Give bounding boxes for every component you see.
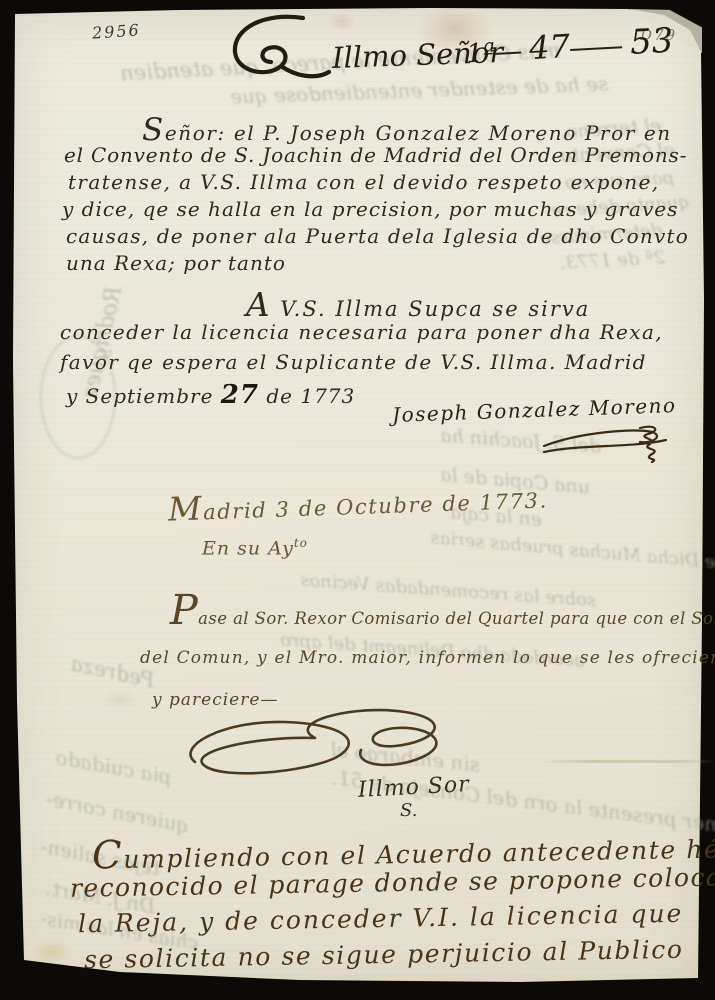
request-line: favor qe espera el Suplicante de V.S. Il… — [60, 350, 647, 374]
dash — [570, 46, 622, 51]
paper-crease — [538, 760, 715, 763]
signature-rubric — [540, 418, 670, 466]
request-line: A V.S. Illma Supca se sirva — [246, 286, 590, 324]
date-year: de 1773 — [259, 384, 355, 408]
file-number: 47 — [528, 27, 571, 67]
dash — [495, 52, 521, 55]
council-prefix: En su Ay — [202, 537, 294, 559]
request-date-line: y Septiembre 27 de 1773 — [66, 380, 355, 410]
decree-council: En su Ayto — [202, 536, 308, 559]
request-line: conceder la licencia necesaria para pone… — [60, 320, 663, 344]
scanned-manuscript: mas Conveniente le parece, que atendien … — [0, 0, 715, 1000]
council-superscript: to — [294, 536, 308, 550]
decree-order-line: Pase al Sor. Rexor Comisario del Quartel… — [170, 600, 715, 628]
petition-line: tratense, a V.S. Illma con el devido res… — [68, 170, 660, 194]
file-number: 53 — [629, 21, 674, 63]
petition-line: el Convento de S. Joachin de Madrid del … — [64, 143, 687, 167]
folio-number: 1ª — [466, 38, 496, 69]
date-day: 27 — [221, 380, 259, 410]
petition-line: causas, de poner ala Puerta dela Iglesia… — [66, 224, 689, 248]
decree-order-line: del Comun, y el Mro. maior, informen lo … — [140, 648, 715, 668]
archive-number: 2956 — [91, 20, 141, 42]
petition-line: y dice, qe se halla en la precision, por… — [62, 197, 678, 221]
calligraphic-flourish — [225, 10, 335, 88]
address-abbrev: S. — [400, 800, 417, 821]
petition-line: una Rexa; por tanto — [66, 251, 286, 275]
date-prefix: y Septiembre — [66, 384, 221, 408]
